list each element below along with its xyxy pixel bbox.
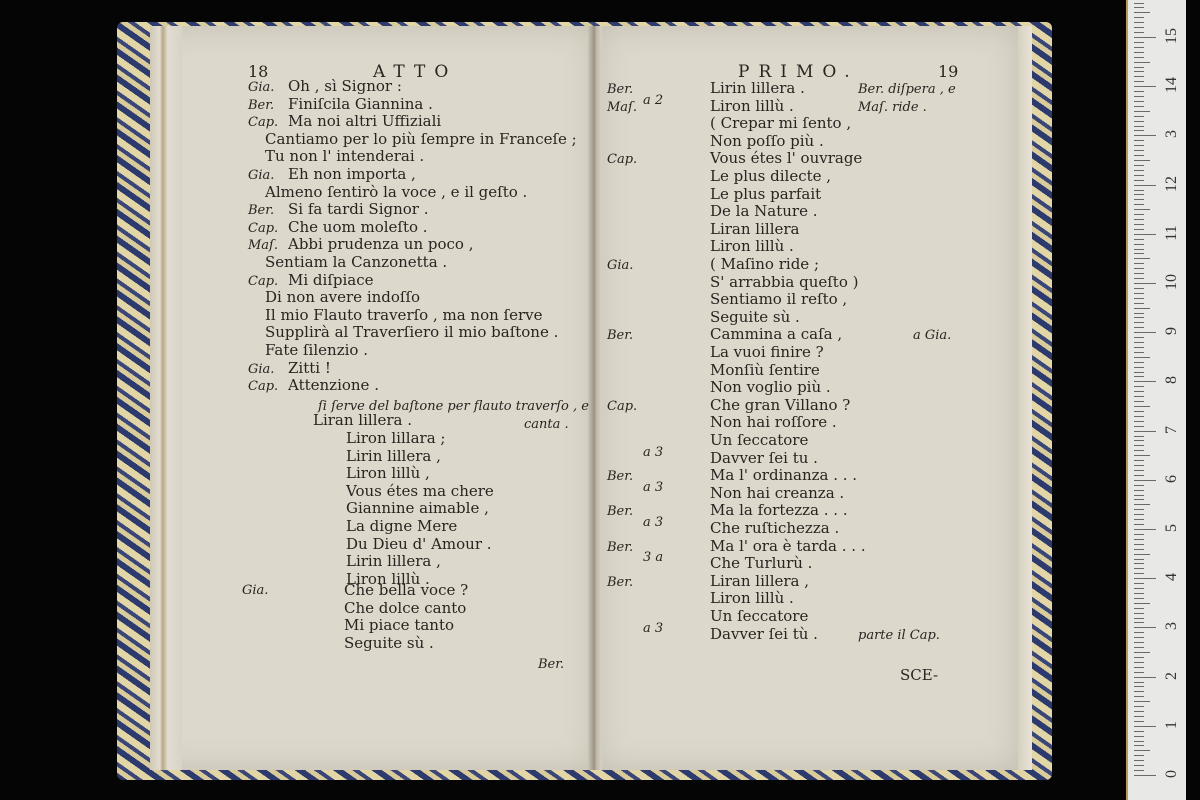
speaker-label: Gia.	[607, 257, 633, 275]
ruler-tick	[1134, 165, 1144, 166]
dialogue-line: Liron lillù .	[710, 98, 794, 116]
dialogue-line: Non hai roſſore .	[710, 414, 837, 432]
ruler-tick	[1134, 116, 1144, 117]
ruler-tick	[1134, 509, 1144, 510]
dialogue-line: Supplirà al Traverſiero il mio baſtone .	[265, 324, 558, 342]
ruler-tick	[1134, 755, 1144, 756]
ruler-tick	[1134, 71, 1144, 72]
dialogue-line: Di non avere indoſſo	[265, 289, 420, 307]
aside-marker: a 3	[643, 479, 663, 497]
ruler-tick	[1134, 7, 1144, 8]
ruler-tick	[1134, 96, 1144, 97]
ruler-tick	[1134, 549, 1144, 550]
speaker-label: Gia.	[248, 79, 274, 97]
ruler-tick	[1134, 563, 1144, 564]
ruler-tick	[1134, 352, 1144, 353]
ruler-tick	[1134, 347, 1144, 348]
ruler-tick	[1134, 32, 1144, 33]
ruler-tick	[1134, 362, 1144, 363]
left-page-edges	[150, 26, 182, 770]
ruler-tick	[1134, 485, 1144, 486]
catchword-right: SCE-	[900, 667, 938, 685]
ruler-tick	[1134, 440, 1144, 441]
dialogue-line: Fate ſilenzio .	[265, 342, 368, 360]
ruler-tick	[1134, 613, 1144, 614]
ruler-tick	[1134, 229, 1144, 230]
speaker-label: Cap.	[607, 398, 637, 416]
ruler-tick	[1134, 160, 1150, 161]
ruler-tick	[1134, 76, 1144, 77]
dialogue-line: Liran lillera	[710, 221, 799, 239]
ruler-tick	[1134, 460, 1144, 461]
ruler-tick	[1134, 81, 1144, 82]
ruler-tick	[1134, 622, 1144, 623]
speaker-label: Ber.	[607, 574, 633, 592]
speaker-label: Cap.	[248, 220, 278, 238]
dialogue-line: Che ruſtichezza .	[710, 520, 839, 538]
ruler-tick	[1134, 263, 1144, 264]
ruler-tick	[1134, 760, 1144, 761]
ruler-tick	[1134, 239, 1144, 240]
ruler-tick	[1134, 682, 1144, 683]
ruler-tick	[1134, 12, 1150, 13]
ruler-tick	[1134, 598, 1144, 599]
ruler-tick	[1134, 686, 1144, 687]
ruler-tick	[1134, 431, 1156, 432]
ruler-label: 3	[1163, 614, 1181, 638]
ruler-label: 8	[1163, 368, 1181, 392]
ruler-label: 6	[1163, 467, 1181, 491]
ruler-tick	[1134, 180, 1144, 181]
ruler-tick	[1134, 106, 1144, 107]
ruler-tick	[1134, 490, 1144, 491]
dialogue-line: Sentiam la Canzonetta .	[265, 254, 447, 272]
ruler-tick	[1134, 499, 1144, 500]
ruler-tick	[1134, 573, 1144, 574]
ruler-tick	[1134, 554, 1150, 555]
ruler-label: 1	[1163, 713, 1181, 737]
ruler-tick	[1134, 372, 1144, 373]
dialogue-line: Che dolce canto	[344, 600, 466, 618]
ruler-tick	[1134, 381, 1156, 382]
aside-marker: a 2	[643, 92, 663, 110]
aside-marker: a 3	[643, 444, 663, 462]
dialogue-line: ( Crepar mi ſento ,	[710, 115, 851, 133]
ruler-label: 15	[1163, 24, 1181, 48]
ruler-tick	[1134, 647, 1144, 648]
dialogue-line: Che Turlurù .	[710, 555, 812, 573]
ruler-tick	[1134, 249, 1144, 250]
ruler-tick	[1134, 416, 1144, 417]
ruler-tick	[1134, 706, 1144, 707]
ruler-tick	[1134, 603, 1150, 604]
ruler-tick	[1134, 637, 1144, 638]
ruler-label: 9	[1163, 319, 1181, 343]
ruler-label: 11	[1163, 221, 1181, 245]
ruler-tick	[1134, 298, 1144, 299]
ruler-tick	[1134, 332, 1156, 333]
ruler-label: 5	[1163, 516, 1181, 540]
ruler-tick	[1134, 568, 1144, 569]
ruler-tick	[1134, 155, 1144, 156]
ruler-tick	[1134, 273, 1144, 274]
ruler-tick	[1134, 455, 1150, 456]
page-number-right: 19	[938, 62, 958, 81]
speaker-label: Ber.	[248, 97, 274, 115]
ruler-tick	[1134, 736, 1144, 737]
ruler-tick	[1134, 450, 1144, 451]
ruler-tick	[1134, 519, 1144, 520]
ruler-tick	[1134, 62, 1150, 63]
ruler-tick	[1134, 726, 1156, 727]
ruler-tick	[1134, 57, 1144, 58]
dialogue-line: Che gran Villano ?	[710, 397, 850, 415]
stage-note: Maſ. ride .	[858, 99, 927, 117]
book-gutter	[588, 26, 602, 770]
ruler-tick	[1134, 86, 1156, 87]
ruler-tick	[1134, 67, 1144, 68]
ruler-tick	[1134, 308, 1150, 309]
ruler-tick	[1134, 436, 1144, 437]
speaker-label: Ber.	[607, 327, 633, 345]
ruler-tick	[1134, 608, 1144, 609]
song-line: Lirin lillera ,	[346, 448, 441, 466]
ruler-tick	[1134, 37, 1156, 38]
song-line: Liran lillera .	[313, 412, 412, 430]
speaker-label: Cap.	[607, 151, 637, 169]
ruler-tick	[1134, 204, 1144, 205]
ruler-tick	[1134, 765, 1144, 766]
ruler-tick	[1134, 214, 1144, 215]
ruler-tick	[1134, 17, 1144, 18]
aside-marker: a 3	[643, 620, 663, 638]
ruler-tick	[1134, 52, 1144, 53]
ruler-tick	[1134, 175, 1144, 176]
ruler-tick	[1134, 583, 1144, 584]
ruler-tick	[1134, 253, 1144, 254]
dialogue-line: Finiſcila Giannina .	[288, 96, 433, 114]
ruler-tick	[1134, 406, 1150, 407]
ruler-tick	[1134, 662, 1144, 663]
ruler-tick	[1134, 618, 1144, 619]
ruler-tick	[1134, 691, 1144, 692]
ruler-tick	[1134, 465, 1144, 466]
dialogue-line: Ma la fortezza . . .	[710, 502, 848, 520]
ruler-tick	[1134, 337, 1144, 338]
ruler-tick	[1134, 140, 1144, 141]
ruler-tick	[1134, 741, 1144, 742]
dialogue-line: Cantiamo per lo più ſempre in Franceſe ;	[265, 131, 577, 149]
dialogue-line: Monſiù ſentire	[710, 362, 820, 380]
ruler-label: 12	[1163, 172, 1181, 196]
dialogue-line: Sentiamo il reſto ,	[710, 291, 847, 309]
ruler-tick	[1134, 357, 1150, 358]
ruler-tick	[1134, 135, 1156, 136]
ruler-tick	[1134, 559, 1144, 560]
dialogue-line: Ma noi altri Uffiziali	[288, 113, 441, 131]
ruler-tick	[1134, 421, 1144, 422]
ruler-tick	[1134, 101, 1144, 102]
ruler-tick	[1134, 696, 1144, 697]
ruler-tick	[1134, 524, 1144, 525]
ruler-tick	[1134, 504, 1150, 505]
ruler-tick	[1134, 475, 1144, 476]
ruler-tick	[1134, 367, 1144, 368]
ruler-tick	[1134, 3, 1144, 4]
ruler-tick	[1134, 386, 1144, 387]
dialogue-line: Mi diſpiace	[288, 272, 374, 290]
ruler-tick	[1134, 42, 1144, 43]
dialogue-line: Ma l' ora è tarda . . .	[710, 538, 866, 556]
ruler-tick	[1134, 288, 1144, 289]
dialogue-line: Non voglio più .	[710, 379, 831, 397]
aside-marker: a 3	[643, 514, 663, 532]
ruler-tick	[1134, 770, 1144, 771]
speaker-label: Ber.	[607, 503, 633, 521]
song-line: Du Dieu d' Amour .	[346, 536, 492, 554]
ruler-tick	[1134, 199, 1144, 200]
ruler-tick	[1134, 745, 1144, 746]
ruler-tick	[1134, 317, 1144, 318]
speaker-label: Gia.	[242, 582, 268, 600]
dialogue-line: S' arrabbia queſto )	[710, 274, 858, 292]
ruler-tick	[1134, 445, 1144, 446]
ruler-tick	[1134, 411, 1144, 412]
ruler-label: 3	[1163, 122, 1181, 146]
ruler-tick	[1134, 534, 1144, 535]
speaker-label: Gia.	[248, 361, 274, 379]
dialogue-line: Le plus dilecte ,	[710, 168, 831, 186]
ruler-label: 0	[1163, 762, 1181, 786]
ruler-tick	[1134, 322, 1144, 323]
dialogue-line: Liron lillù .	[710, 238, 794, 256]
dialogue-line: Liran lillera ,	[710, 573, 809, 591]
ruler-tick	[1134, 529, 1156, 530]
ruler-tick	[1134, 642, 1144, 643]
speaker-label: Ber.	[607, 81, 633, 99]
ruler-tick	[1134, 234, 1156, 235]
ruler-tick	[1134, 219, 1144, 220]
dialogue-line: Seguite sù .	[710, 309, 800, 327]
ruler-tick	[1134, 470, 1144, 471]
ruler-tick	[1134, 303, 1144, 304]
ruler-tick	[1134, 750, 1150, 751]
ruler-label: 4	[1163, 565, 1181, 589]
song-line: Lirin lillera ,	[346, 553, 441, 571]
ruler-tick	[1134, 22, 1144, 23]
ruler-tick	[1134, 258, 1150, 259]
dialogue-line: Almeno ſentirò la voce , e il geſto .	[265, 184, 527, 202]
speaker-label: Ber.	[607, 539, 633, 557]
dialogue-line: Liron lillù .	[710, 590, 794, 608]
speaker-label: Maſ.	[607, 99, 637, 117]
ruler-tick	[1134, 401, 1144, 402]
speaker-label: Ber.	[607, 468, 633, 486]
ruler-tick	[1134, 376, 1144, 377]
ruler-tick	[1134, 588, 1144, 589]
ruler-tick	[1134, 672, 1144, 673]
dialogue-line: Il mio Flauto traverſo , ma non ſerve	[265, 307, 543, 325]
ruler-tick	[1134, 150, 1144, 151]
dialogue-line: Attenzione .	[288, 377, 379, 395]
song-line: Liron lillara ;	[346, 430, 445, 448]
ruler-tick	[1134, 224, 1144, 225]
ruler-tick	[1134, 721, 1144, 722]
ruler-tick	[1134, 47, 1144, 48]
dialogue-line: Non poſſo più .	[710, 133, 824, 151]
song-line: Giannine aimable ,	[346, 500, 489, 518]
ruler-tick	[1134, 701, 1150, 702]
ruler-tick	[1134, 426, 1144, 427]
ruler-label: 10	[1163, 270, 1181, 294]
ruler-tick	[1134, 145, 1144, 146]
song-line: Vous étes ma chere	[346, 483, 494, 501]
dialogue-line: ( Maſino ride ;	[710, 256, 819, 274]
right-page-edges	[1018, 26, 1032, 770]
ruler-tick	[1134, 632, 1144, 633]
dialogue-line: Mi piace tanto	[344, 617, 454, 635]
ruler-tick	[1134, 731, 1144, 732]
ruler-tick	[1134, 396, 1144, 397]
ruler-tick	[1134, 27, 1144, 28]
dialogue-line: Ma l' ordinanza . . .	[710, 467, 857, 485]
ruler-tick	[1134, 121, 1144, 122]
ruler-tick	[1134, 775, 1156, 776]
ruler-tick	[1134, 544, 1144, 545]
aside-marker: 3 a	[643, 549, 663, 567]
ruler-tick	[1134, 283, 1156, 284]
ruler-tick	[1134, 627, 1156, 628]
ruler-tick	[1134, 667, 1144, 668]
ruler-tick	[1134, 677, 1156, 678]
ruler-tick	[1134, 495, 1144, 496]
dialogue-line: De la Nature .	[710, 203, 818, 221]
dialogue-line: Seguite sù .	[344, 635, 434, 653]
song-line: Liron lillù ,	[346, 465, 430, 483]
ruler-tick	[1134, 342, 1144, 343]
ruler-tick	[1134, 244, 1144, 245]
stage-note: Ber. diſpera , e	[858, 81, 956, 99]
catchword-left: Ber.	[538, 656, 564, 674]
ruler-tick	[1134, 657, 1144, 658]
dialogue-line: Eh non importa ,	[288, 166, 416, 184]
dialogue-line: La vuoi finire ?	[710, 344, 824, 362]
dialogue-line: Davver ſei tu .	[710, 450, 818, 468]
ruler-tick	[1134, 126, 1144, 127]
ruler-label: 7	[1163, 418, 1181, 442]
ruler-tick	[1134, 313, 1144, 314]
dialogue-line: Non hai creanza .	[710, 485, 844, 503]
ruler-tick	[1134, 578, 1156, 579]
ruler-tick	[1134, 190, 1144, 191]
ruler-tick	[1134, 716, 1144, 717]
dialogue-line: Un ſeccatore	[710, 432, 808, 450]
ruler-tick	[1134, 293, 1144, 294]
ruler-tick	[1134, 130, 1144, 131]
dialogue-line: Zitti !	[288, 360, 331, 378]
stage-note: a Gia.	[913, 327, 951, 345]
dialogue-line: Si fa tardi Signor .	[288, 201, 429, 219]
speaker-label: Cap.	[248, 378, 278, 396]
ruler-tick	[1134, 209, 1150, 210]
ruler-label: 2	[1163, 664, 1181, 688]
stage-note: parte il Cap.	[858, 627, 940, 645]
dialogue-line: Tu non l' intenderai .	[265, 148, 424, 166]
ruler-tick	[1134, 327, 1144, 328]
speaker-label: Ber.	[248, 202, 274, 220]
ruler-tick	[1134, 652, 1150, 653]
ruler-tick	[1134, 278, 1144, 279]
stage-direction-cont: canta .	[524, 416, 569, 434]
ruler-tick	[1134, 91, 1144, 92]
ruler-tick	[1134, 593, 1144, 594]
ruler-tick	[1134, 514, 1144, 515]
dialogue-line: Abbi prudenza un poco ,	[288, 236, 473, 254]
dialogue-line: Che bella voce ?	[344, 582, 468, 600]
ruler-tick	[1134, 391, 1144, 392]
dialogue-line: Oh , sì Signor :	[288, 78, 402, 96]
ruler-tick	[1134, 711, 1144, 712]
ruler-tick	[1134, 480, 1156, 481]
ruler-tick	[1134, 111, 1150, 112]
ruler-tick	[1134, 268, 1144, 269]
dialogue-line: Le plus parfait	[710, 186, 821, 204]
ruler-label: 14	[1163, 73, 1181, 97]
dialogue-line: Un ſeccatore	[710, 608, 808, 626]
ruler-tick	[1134, 539, 1144, 540]
dialogue-line: Lirin lillera .	[710, 80, 805, 98]
ruler-tick	[1134, 185, 1156, 186]
dialogue-line: Che uom moleſto .	[288, 219, 428, 237]
song-line: La digne Mere	[346, 518, 457, 536]
ruler-tick	[1134, 170, 1144, 171]
dialogue-line: Vous étes l' ouvrage	[710, 150, 862, 168]
ruler-tick	[1134, 194, 1144, 195]
speaker-label: Gia.	[248, 167, 274, 185]
dialogue-line: Davver ſei tù .	[710, 626, 818, 644]
dialogue-line: Cammina a caſa ,	[710, 326, 842, 344]
